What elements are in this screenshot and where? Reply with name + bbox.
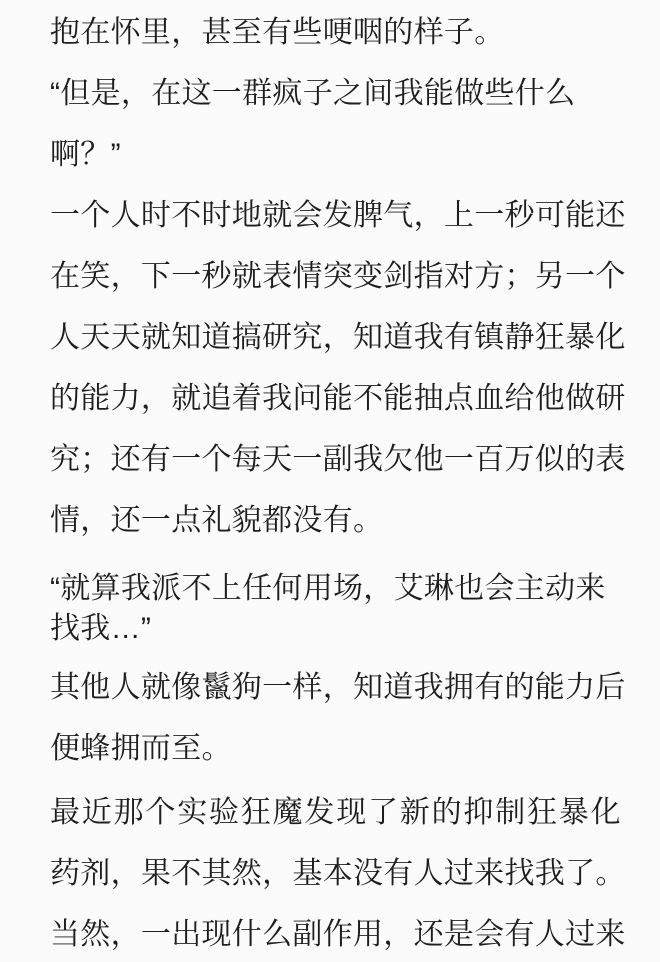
paragraph-4-quote: “就算我派不上任何用场，艾琳也会主动来 找我…” xyxy=(50,569,660,649)
text-line: “但是，在这一群疯子之间我能做些什么 xyxy=(50,63,660,124)
text-line: 啊？” xyxy=(50,124,660,185)
text-line: 找我…” xyxy=(50,609,660,649)
text-line: 在笑，下一秒就表情突变剑指对方；另一个 xyxy=(50,246,660,307)
reader-page[interactable]: 抱在怀里，甚至有些哽咽的样子。 “但是，在这一群疯子之间我能做些什么 啊？” 一… xyxy=(0,0,660,962)
text-line: 人天天就知道搞研究，知道我有镇静狂暴化 xyxy=(50,307,660,368)
text-line: 便蜂拥而至。 xyxy=(50,718,660,779)
text-line: 其他人就像鬣狗一样，知道我拥有的能力后 xyxy=(50,657,660,718)
paragraph-5: 其他人就像鬣狗一样，知道我拥有的能力后 便蜂拥而至。 xyxy=(50,657,660,779)
text-line: 的能力，就追着我问能不能抽点血给他做研 xyxy=(50,368,660,429)
text-line: 当然，一出现什么副作用，还是会有人过来 xyxy=(50,904,660,962)
paragraph-3: 一个人时不时地就会发脾气，上一秒可能还 在笑，下一秒就表情突变剑指对方；另一个 … xyxy=(50,185,660,551)
text-line: 抱在怀里，甚至有些哽咽的样子。 xyxy=(50,2,660,63)
paragraph-6: 最近那个实验狂魔发现了新的抑制狂暴化 药剂，果不其然，基本没有人过来找我了。 当… xyxy=(50,782,660,962)
paragraph-2: “但是，在这一群疯子之间我能做些什么 啊？” xyxy=(50,63,660,185)
text-line: “就算我派不上任何用场，艾琳也会主动来 xyxy=(50,569,660,609)
text-line: 最近那个实验狂魔发现了新的抑制狂暴化 xyxy=(50,782,660,843)
text-line: 药剂，果不其然，基本没有人过来找我了。 xyxy=(50,843,660,904)
text-line: 一个人时不时地就会发脾气，上一秒可能还 xyxy=(50,185,660,246)
text-line: 情，还一点礼貌都没有。 xyxy=(50,490,660,551)
paragraph-1: 抱在怀里，甚至有些哽咽的样子。 xyxy=(50,2,660,63)
text-line: 究；还有一个每天一副我欠他一百万似的表 xyxy=(50,429,660,490)
